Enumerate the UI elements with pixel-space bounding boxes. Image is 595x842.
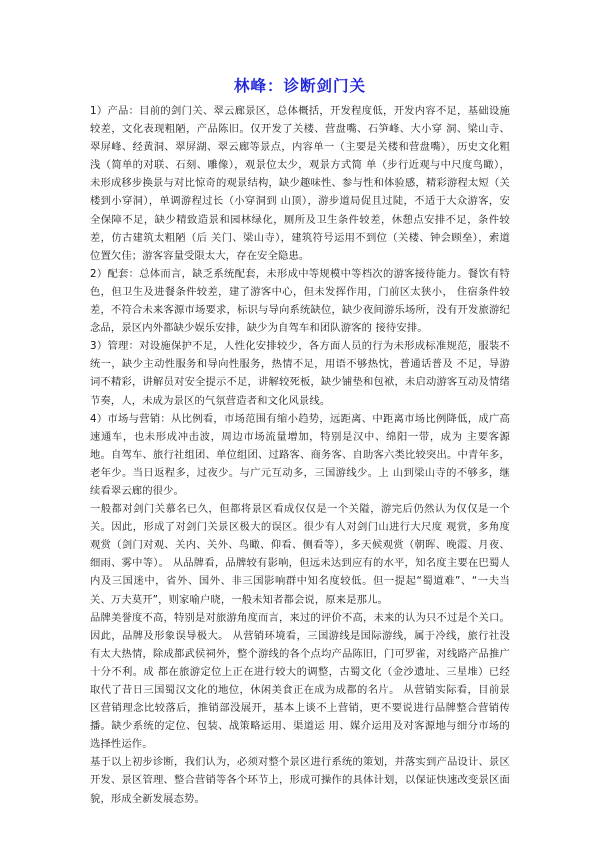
- paragraph-conclusion: 基于以上初步诊断，我们认为，必须对整个景区进行系统的策划，并落实到产品设计、景区…: [90, 753, 510, 807]
- paragraph-product: 1）产品：目前的剑门关、翠云廊景区，总体概括，开发程度低，开发内容不足，基础设施…: [90, 102, 510, 265]
- paragraph-market-marketing: 4）市场与营销：从比例看，市场范围有缩小趋势，远距离、中距离市场比例降低，成广高…: [90, 410, 510, 500]
- paragraph-perception-brand: 一般都对剑门关慕名已久，但都将景区看成仅仅是一个关隘，游完后仍然认为仅仅是一个关…: [90, 500, 510, 609]
- document-title: 林峰：诊断剑门关: [90, 74, 510, 98]
- paragraph-brand-reputation: 品牌美誉度不高，特别是对旅游角度而言，来过的评价不高，未来的认为只不过是个关口。…: [90, 609, 510, 754]
- paragraph-management: 3）管理：对设施保护不足，人性化安排较少，各方面人员的行为未形成标准规范，服装不…: [90, 337, 510, 409]
- document-page: 林峰：诊断剑门关 1）产品：目前的剑门关、翠云廊景区，总体概括，开发程度低，开发…: [90, 74, 510, 808]
- paragraph-facilities: 2）配套：总体而言，缺乏系统配套，未形成中等规模中等档次的游客接待能力。餐饮有特…: [90, 265, 510, 337]
